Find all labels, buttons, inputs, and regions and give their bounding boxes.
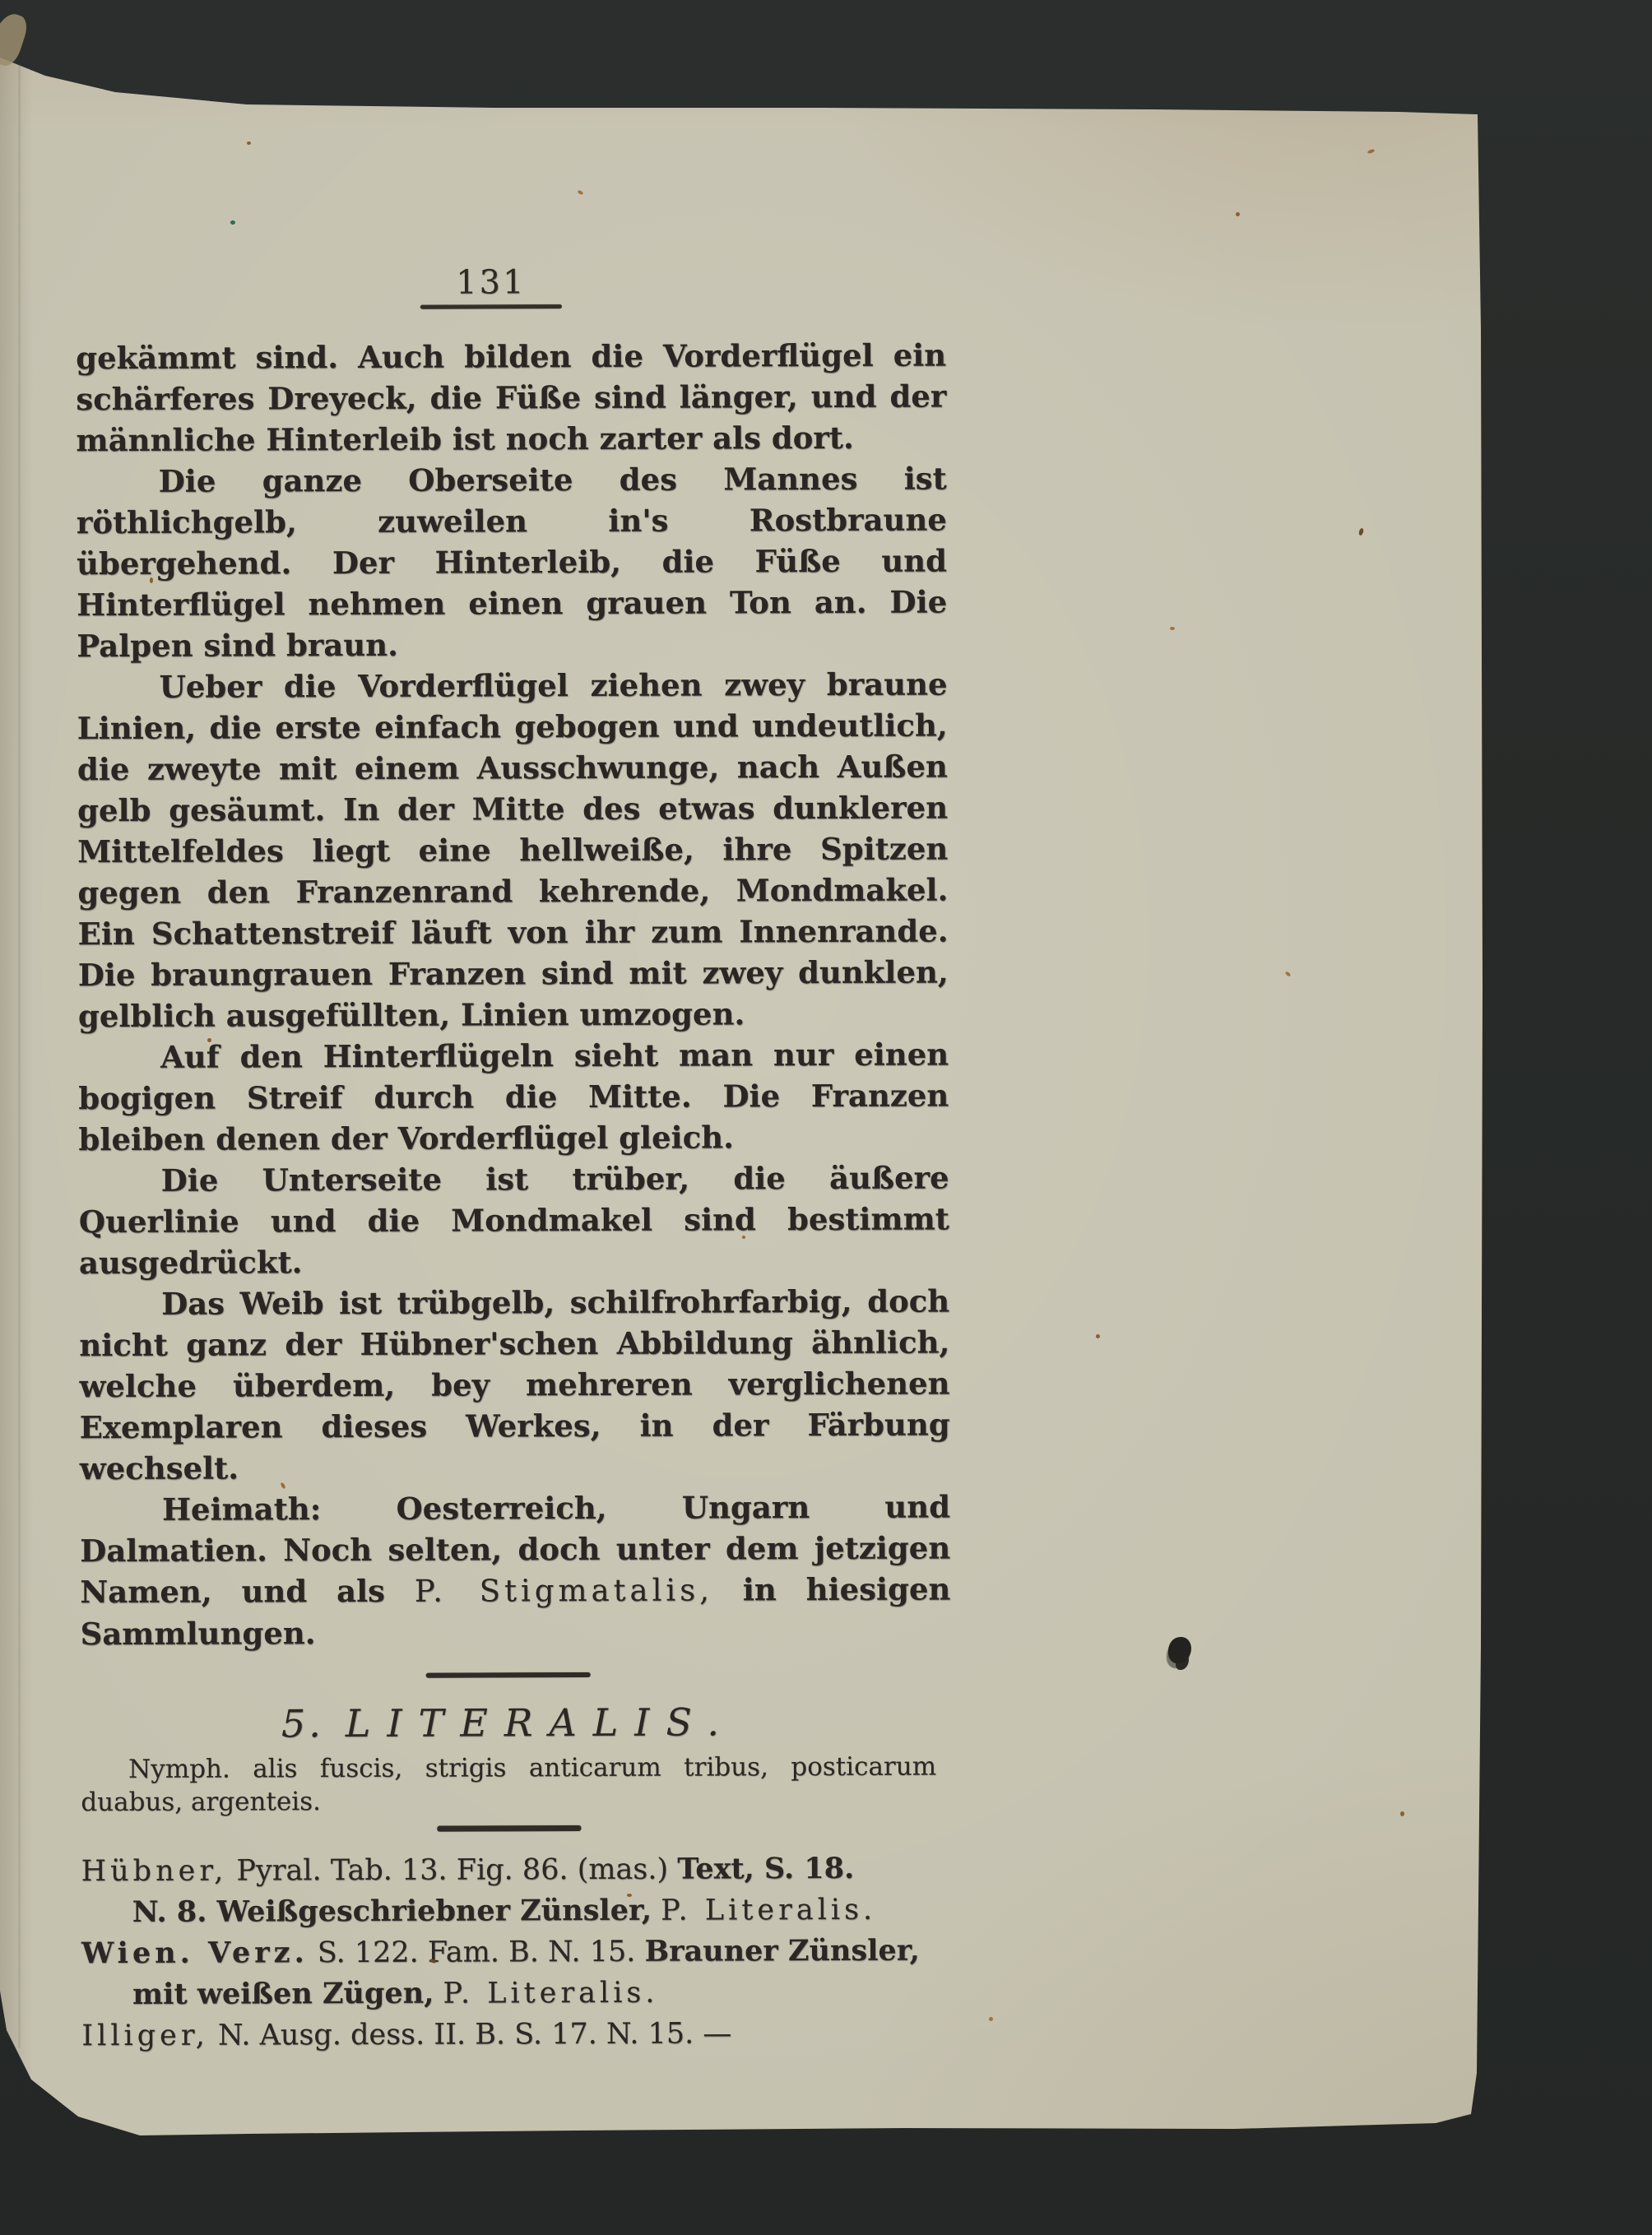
body-text: gekämmt sind. Auch bilden die Vorderflüg… — [76, 334, 951, 1654]
paper-speck — [230, 220, 235, 225]
species-synonym: P. Stigmatalis, — [415, 1572, 713, 1608]
reference-species: P. Literalis. — [661, 1894, 876, 1927]
reference-citation: N. Ausg. dess. II. B. S. 17. N. 15. — — [218, 2017, 732, 2052]
reference-line: Illiger, N. Ausg. dess. II. B. S. 17. N.… — [81, 2012, 962, 2056]
page-number-rule — [420, 304, 562, 309]
reference-author: Hübner, — [81, 1855, 228, 1889]
paper-speck — [247, 141, 251, 145]
reference-german-name: N. 8. Weißgeschriebner Zünsler, — [132, 1894, 652, 1929]
paper-speck — [1170, 627, 1175, 630]
reference-citation-german: Text, S. 18. — [677, 1852, 854, 1886]
page-number: 131 — [351, 262, 631, 303]
species-name: LITERALIS. — [346, 1699, 736, 1746]
body-paragraph: Die ganze Oberseite des Mannes ist röthl… — [77, 457, 948, 666]
paper-speck — [207, 1038, 211, 1042]
reference-line: Hübner, Pyral. Tab. 13. Fig. 86. (mas.) … — [81, 1848, 961, 1892]
paper-speck — [742, 1236, 745, 1239]
page-content: 131 gekämmt sind. Auch bilden die Vorder… — [0, 0, 1652, 2056]
paper-speck — [1400, 1811, 1404, 1816]
paper-speck — [989, 2017, 993, 2021]
latin-diagnosis: Nymph. alis fuscis, strigis anticarum tr… — [81, 1750, 936, 1820]
page-header: 131 — [351, 262, 631, 309]
body-paragraph: gekämmt sind. Auch bilden die Vorderflüg… — [76, 334, 947, 461]
species-heading: 5.LITERALIS. — [81, 1698, 936, 1749]
body-paragraph: Die Unterseite ist trüber, die äußere Qu… — [79, 1157, 950, 1283]
paper-speck — [627, 1894, 632, 1897]
body-paragraph: Das Weib ist trübgelb, schilfrohrfarbig,… — [79, 1280, 950, 1489]
species-number: 5. — [281, 1701, 324, 1746]
paper-speck — [1096, 1334, 1100, 1338]
reference-citation: Pyral. Tab. 13. Fig. 86. (mas.) — [236, 1853, 668, 1888]
references-block: Hübner, Pyral. Tab. 13. Fig. 86. (mas.) … — [81, 1848, 962, 2056]
reference-author: Illiger, — [81, 2019, 209, 2053]
scanned-book-page: 131 gekämmt sind. Auch bilden die Vorder… — [0, 0, 1652, 2235]
reference-line: N. 8. Weißgeschriebner Zünsler, P. Liter… — [81, 1889, 962, 1933]
reference-species: P. Literalis. — [443, 1977, 658, 2010]
section-divider-rule — [426, 1672, 591, 1678]
body-paragraph: Auf den Hinterflügeln sieht man nur eine… — [78, 1033, 949, 1160]
reference-line: Wien. Verz. S. 122. Fam. B. N. 15. Braun… — [81, 1930, 962, 1974]
species-section: 5.LITERALIS. Nymph. alis fuscis, strigis… — [81, 1672, 937, 1834]
reference-german-name: mit weißen Zügen, — [132, 1977, 434, 2011]
paper-speck — [1236, 212, 1240, 216]
diagnosis-divider-rule — [437, 1825, 581, 1832]
reference-citation: S. 122. Fam. B. N. 15. — [318, 1936, 636, 1969]
paper-speck — [150, 577, 153, 583]
reference-german-name: Brauner Zünsler, — [644, 1934, 919, 1968]
reference-line: mit weißen Zügen, P. Literalis. — [81, 1971, 962, 2015]
reference-work: Wien. Verz. — [81, 1936, 309, 1970]
body-paragraph-closing: Heimath: Oesterreich, Ungarn und Dalmati… — [80, 1486, 951, 1654]
body-paragraph: Ueber die Vorderflügel ziehen zwey braun… — [77, 663, 949, 1036]
